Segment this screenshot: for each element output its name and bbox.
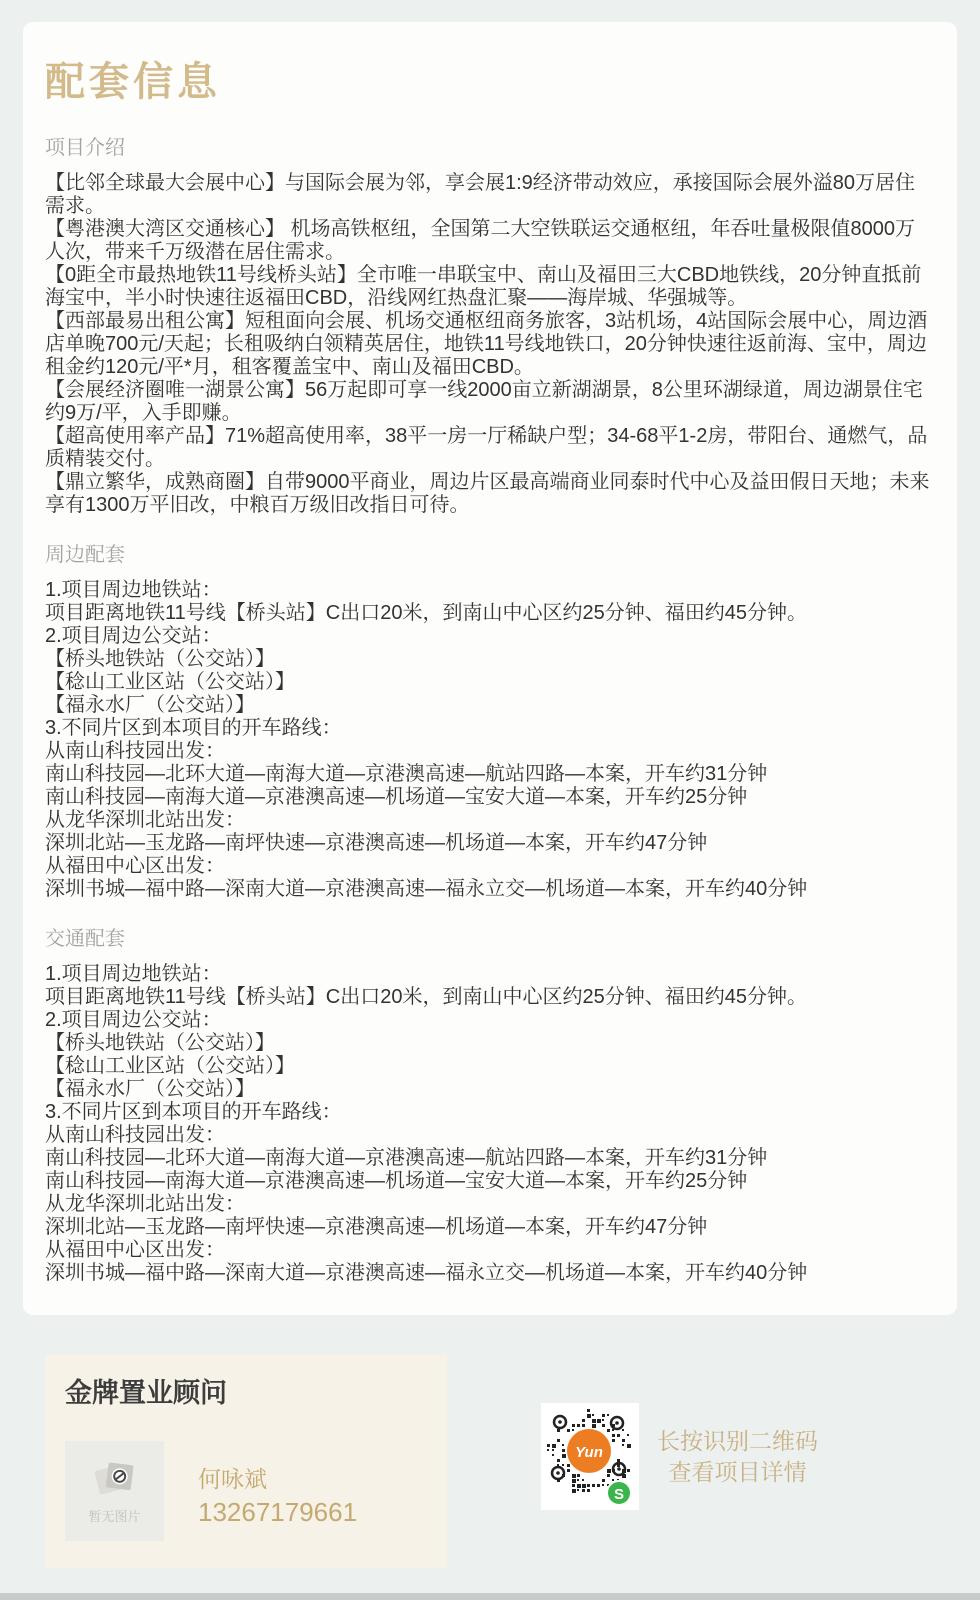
list-line: 2.项目周边公交站： [45, 1009, 935, 1032]
intro-paragraph: 【比邻全球最大会展中心】与国际会展为邻，享会展1:9经济带动效应，承接国际会展外… [45, 172, 935, 218]
qr-code-image: Yun S [545, 1407, 635, 1507]
list-line: 1.项目周边地铁站： [45, 579, 935, 602]
agent-name: 何咏斌 [198, 1465, 357, 1493]
transport-lines: 1.项目周边地铁站： 项目距离地铁11号线【桥头站】C出口20米，到南山中心区约… [45, 963, 935, 1285]
section-header-surrounding: 周边配套 [45, 544, 935, 567]
list-line: 南山科技园—南海大道—京港澳高速—机场道—宝安大道—本案，开车约25分钟 [45, 1170, 935, 1193]
intro-paragraph: 【粤港澳大湾区交通核心】 机场高铁枢纽，全国第二大空铁联运交通枢纽，年吞吐量极限… [45, 218, 935, 264]
list-line: 【稔山工业区站（公交站）】 [45, 671, 935, 694]
list-line: 【稔山工业区站（公交站）】 [45, 1055, 935, 1078]
facilities-info-card: 配套信息 项目介绍 【比邻全球最大会展中心】与国际会展为邻，享会展1:9经济带动… [23, 22, 957, 1315]
page-title: 配套信息 [45, 58, 935, 106]
intro-paragraph: 【会展经济圈唯一湖景公寓】56万起即可享一线2000亩立新湖湖景，8公里环湖绿道… [45, 379, 935, 425]
consultant-card-title: 金牌置业顾问 [65, 1377, 427, 1409]
svg-text:Yun: Yun [575, 1444, 603, 1461]
list-line: 2.项目周边公交站： [45, 625, 935, 648]
intro-paragraph: 【超高使用率产品】71%超高使用率，38平一房一厅稀缺户型；34-68平1-2房… [45, 425, 935, 471]
agent-phone[interactable]: 13267179661 [198, 1497, 357, 1527]
list-line: 【桥头地铁站（公交站）】 [45, 648, 935, 671]
list-line: 1.项目周边地铁站： [45, 963, 935, 986]
list-line: 深圳北站—玉龙路—南坪快速—京港澳高速—机场道—本案，开车约47分钟 [45, 1216, 935, 1239]
qr-hint-line1: 长按识别二维码 [657, 1426, 818, 1457]
list-line: 深圳书城—福中路—深南大道—京港澳高速—福永立交—机场道—本案，开车约40分钟 [45, 1262, 935, 1285]
list-line: 南山科技园—北环大道—南海大道—京港澳高速—航站四路—本案，开车约31分钟 [45, 1147, 935, 1170]
section-header-transport: 交通配套 [45, 928, 935, 951]
intro-paragraph: 【鼎立繁华，成熟商圈】自带9000平商业，周边片区最高端商业同泰时代中心及益田假… [45, 471, 935, 517]
qr-hint-line2: 查看项目详情 [657, 1457, 818, 1488]
qr-code-block: Yun S 长按识别二维码 查看项目详情 [541, 1403, 818, 1510]
list-line: 深圳北站—玉龙路—南坪快速—京港澳高速—机场道—本案，开车约47分钟 [45, 832, 935, 855]
intro-paragraph: 【0距全市最热地铁11号线桥头站】全市唯一串联宝中、南山及福田三大CBD地铁线，… [45, 264, 935, 310]
qr-hint-text: 长按识别二维码 查看项目详情 [657, 1426, 818, 1488]
surrounding-lines: 1.项目周边地铁站： 项目距离地铁11号线【桥头站】C出口20米，到南山中心区约… [45, 579, 935, 901]
no-image-label: 暂无图片 [88, 1506, 140, 1525]
intro-paragraphs: 【比邻全球最大会展中心】与国际会展为邻，享会展1:9经济带动效应，承接国际会展外… [45, 172, 935, 517]
list-line: 南山科技园—北环大道—南海大道—京港澳高速—航站四路—本案，开车约31分钟 [45, 763, 935, 786]
list-line: 南山科技园—南海大道—京港澳高速—机场道—宝安大道—本案，开车约25分钟 [45, 786, 935, 809]
list-line: 项目距离地铁11号线【桥头站】C出口20米，到南山中心区约25分钟、福田约45分… [45, 986, 935, 1009]
list-line: 从龙华深圳北站出发： [45, 809, 935, 832]
list-line: 从福田中心区出发： [45, 855, 935, 878]
no-image-icon [91, 1458, 139, 1500]
list-line: 【福永水厂（公交站）】 [45, 1078, 935, 1101]
list-line: 从福田中心区出发： [45, 1239, 935, 1262]
list-line: 从南山科技园出发： [45, 740, 935, 763]
intro-paragraph: 【西部最易出租公寓】短租面向会展、机场交通枢纽商务旅客，3站机场，4站国际会展中… [45, 310, 935, 379]
qr-center-logo: Yun [567, 1429, 611, 1473]
list-line: 深圳书城—福中路—深南大道—京港澳高速—福永立交—机场道—本案，开车约40分钟 [45, 878, 935, 901]
qr-code[interactable]: Yun S [541, 1403, 639, 1510]
list-line: 【福永水厂（公交站）】 [45, 694, 935, 717]
list-line: 项目距离地铁11号线【桥头站】C出口20米，到南山中心区约25分钟、福田约45分… [45, 602, 935, 625]
list-line: 3.不同片区到本项目的开车路线： [45, 1101, 935, 1124]
agent-photo-placeholder: 暂无图片 [65, 1441, 164, 1541]
list-line: 从南山科技园出发： [45, 1124, 935, 1147]
svg-text:S: S [614, 1486, 624, 1503]
list-line: 3.不同片区到本项目的开车路线： [45, 717, 935, 740]
list-line: 【桥头地铁站（公交站）】 [45, 1032, 935, 1055]
page: 配套信息 项目介绍 【比邻全球最大会展中心】与国际会展为邻，享会展1:9经济带动… [0, 0, 980, 1600]
bottom-bar [0, 1593, 980, 1600]
consultant-card: 金牌置业顾问 暂无图片 何咏斌 1326717 [45, 1355, 447, 1568]
list-line: 从龙华深圳北站出发： [45, 1193, 935, 1216]
section-header-intro: 项目介绍 [45, 137, 935, 160]
wechat-badge-icon: S [607, 1481, 631, 1505]
